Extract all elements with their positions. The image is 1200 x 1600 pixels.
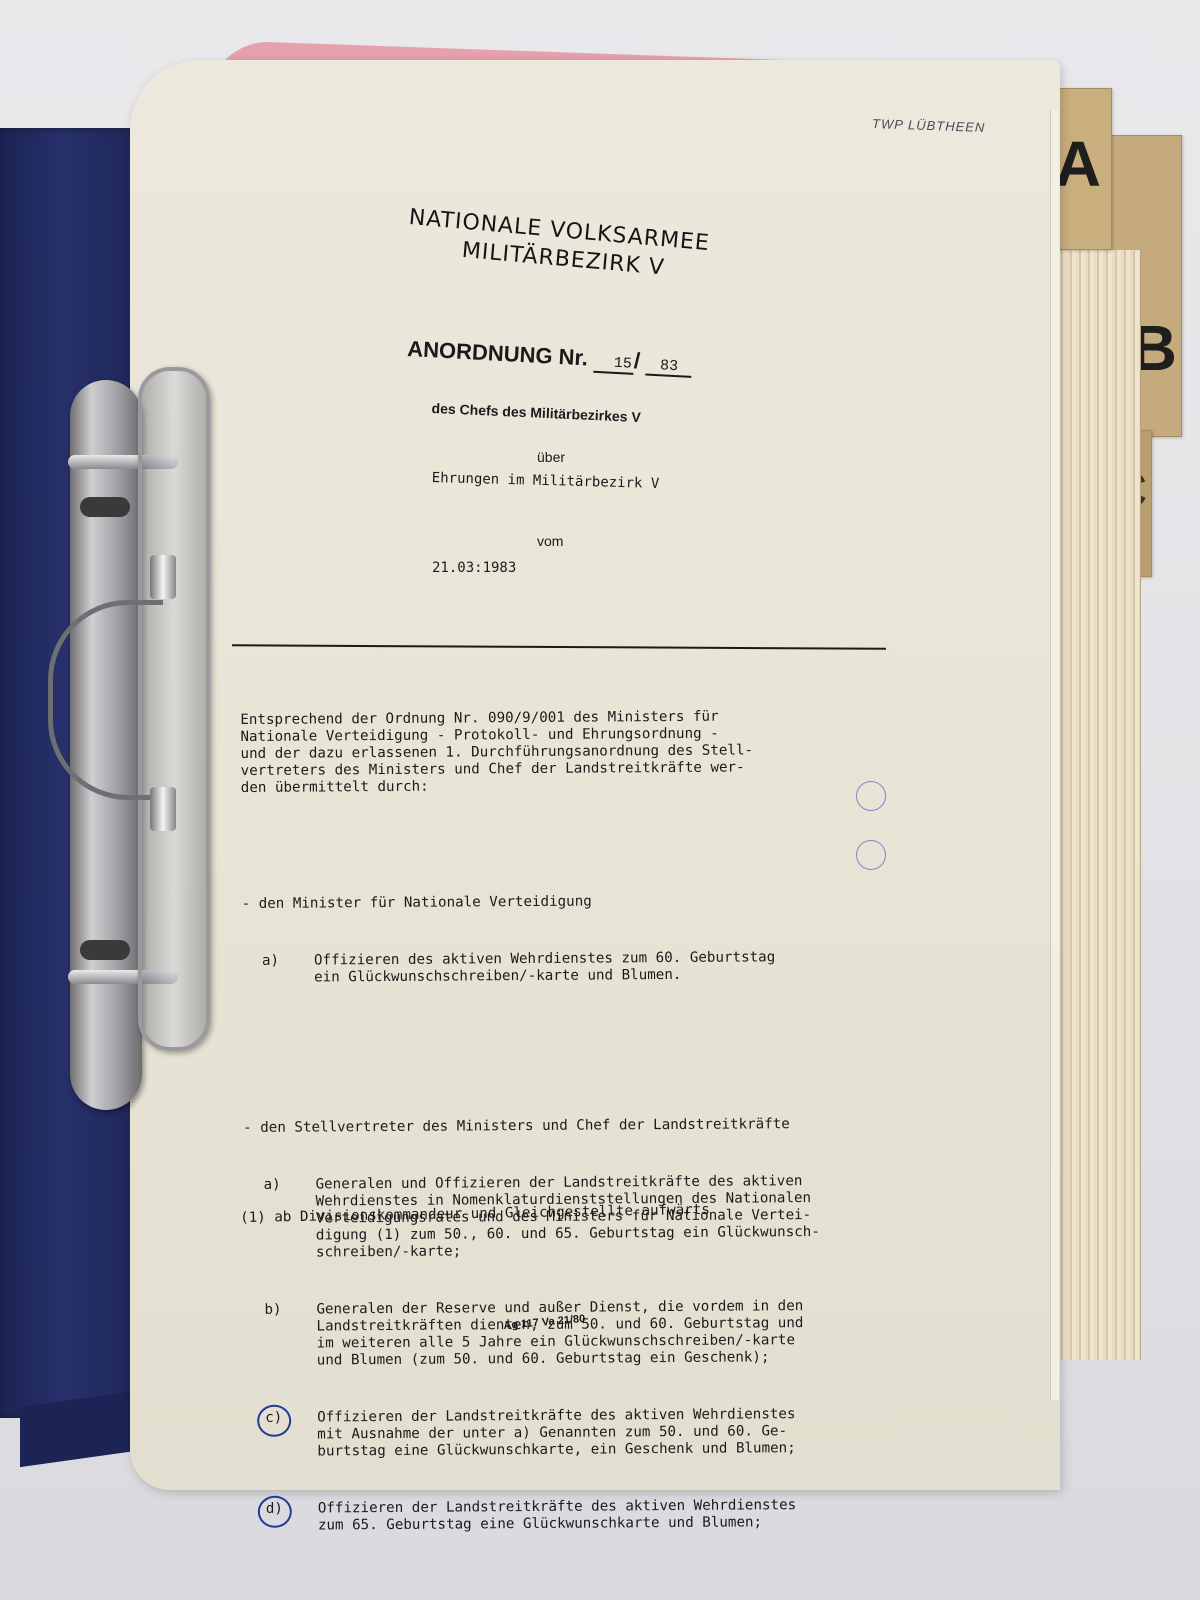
- order-number: 15: [593, 354, 634, 375]
- intro-paragraph: Entsprechend der Ordnung Nr. 090/9/001 d…: [240, 707, 961, 797]
- list-item: d) Offizieren der Landstreitkräfte des a…: [246, 1496, 966, 1535]
- tab-letter-a: A: [1055, 127, 1101, 201]
- item-text: Offizieren des aktiven Wehrdienstes zum …: [314, 948, 962, 987]
- list-item: a) Offizieren des aktiven Wehrdienstes z…: [242, 948, 962, 987]
- item-text: Offizieren der Landstreitkräfte des akti…: [318, 1496, 966, 1535]
- section-heading: - den Minister für Nationale Verteidigun…: [242, 891, 962, 913]
- item-label-circled: c): [245, 1409, 317, 1461]
- about-label: über: [537, 449, 565, 465]
- document-date: 21.03:1983: [432, 560, 516, 576]
- ring-sleeve: [150, 555, 176, 599]
- body-text: Entsprechend der Ordnung Nr. 090/9/001 d…: [240, 673, 966, 1586]
- ring-sleeve: [150, 787, 176, 831]
- number-separator: /: [633, 348, 640, 373]
- section-heading: - den Stellvertreter des Ministers und C…: [243, 1115, 963, 1137]
- pencil-circle-mark: [856, 781, 886, 811]
- list-item: b) Generalen der Reserve und außer Diens…: [244, 1297, 964, 1370]
- binder-wire-ring: [48, 600, 163, 800]
- item-label: a): [242, 952, 314, 987]
- item-label: b): [244, 1301, 316, 1370]
- pencil-circle-mark: [856, 840, 886, 870]
- section-minister: - den Minister für Nationale Verteidigun…: [241, 857, 962, 1021]
- item-text: Generalen der Reserve und außer Dienst, …: [316, 1297, 964, 1370]
- item-text: Offizieren der Landstreitkräfte des akti…: [317, 1405, 965, 1461]
- list-item: c) Offizieren der Landstreitkräfte des a…: [245, 1405, 965, 1461]
- date-label: vom: [537, 533, 563, 549]
- mechanism-slot: [80, 940, 130, 960]
- section-deputy: - den Stellvertreter des Ministers und C…: [243, 1081, 966, 1569]
- mechanism-slot: [80, 497, 130, 517]
- order-year: 83: [646, 357, 693, 378]
- page-edge: [1050, 110, 1059, 1400]
- item-label-circled: d): [246, 1500, 318, 1535]
